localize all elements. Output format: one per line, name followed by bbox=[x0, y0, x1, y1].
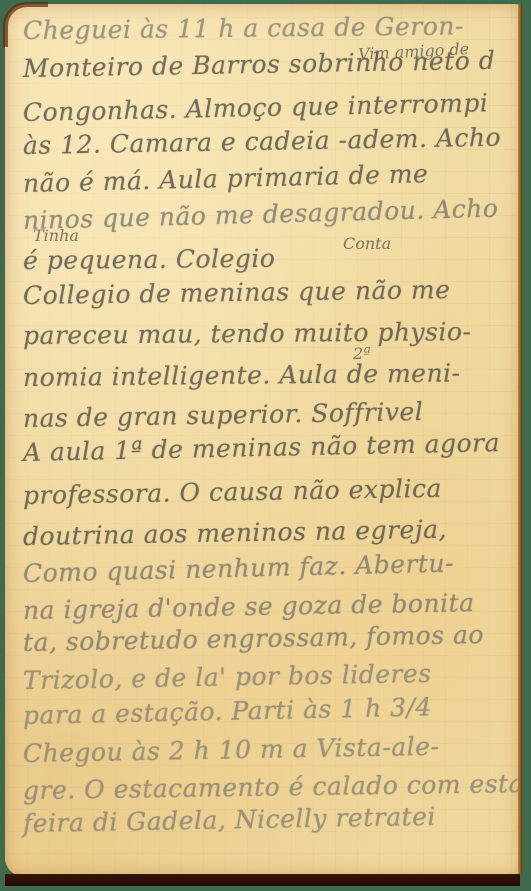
text-line-1: Cheguei às 11 h a casa de Geron- bbox=[23, 11, 464, 45]
text-line-6: ninos que não me desagradou. Acho bbox=[23, 194, 499, 235]
text-line-16: na igreja d'onde se goza de bonita bbox=[23, 588, 475, 625]
text-line-17: ta, sobretudo engrossam, fomos ao bbox=[23, 620, 484, 657]
text-line-4: às 12. Camara e cadeia -adem. Acho bbox=[23, 123, 502, 160]
text-line-7: é pequena. Colegio bbox=[23, 244, 276, 275]
text-line-14: doutrina aos meninos na egreja, bbox=[23, 515, 447, 551]
text-line-15: Como quasi nenhum faz. Abertu- bbox=[23, 548, 455, 588]
text-line-9: pareceu mau, tendo muito physio- bbox=[23, 317, 472, 350]
text-line-20: Chegou às 2 h 10 m a Vista-ale- bbox=[23, 732, 440, 768]
text-line-5: não é má. Aula primaria de me bbox=[23, 159, 429, 198]
notebook-page: Cheguei às 11 h a casa de Geron- Vim ami… bbox=[5, 4, 520, 876]
text-line-3: Congonhas. Almoço que interrompi bbox=[23, 88, 489, 127]
insertion-3: Conta bbox=[343, 234, 391, 253]
page-edge-right bbox=[518, 4, 522, 874]
text-line-19: para a estação. Parti às 1 h 3/4 bbox=[23, 692, 432, 730]
text-line-18: Trizolo, e de la' por bos lideres bbox=[23, 659, 432, 695]
page-edge-bottom bbox=[5, 874, 520, 886]
text-line-21: gre. O estacamento é calado com esta bbox=[23, 769, 524, 805]
text-line-22: feira di Gadela, Nicelly retratei bbox=[23, 802, 436, 838]
text-line-11: nas de gran superior. Soffrivel bbox=[23, 397, 424, 433]
text-line-12: A aula 1ª de meninas não tem agora bbox=[23, 428, 501, 467]
text-line-2: Monteiro de Barros sobrinho neto d bbox=[23, 46, 496, 83]
text-line-10: nomia intelligente. Aula de meni- bbox=[23, 358, 461, 392]
insertion-2: Tinha bbox=[33, 226, 79, 245]
text-line-8: Collegio de meninas que não me bbox=[23, 275, 451, 310]
text-line-13: professora. O causa não explica bbox=[23, 474, 442, 510]
